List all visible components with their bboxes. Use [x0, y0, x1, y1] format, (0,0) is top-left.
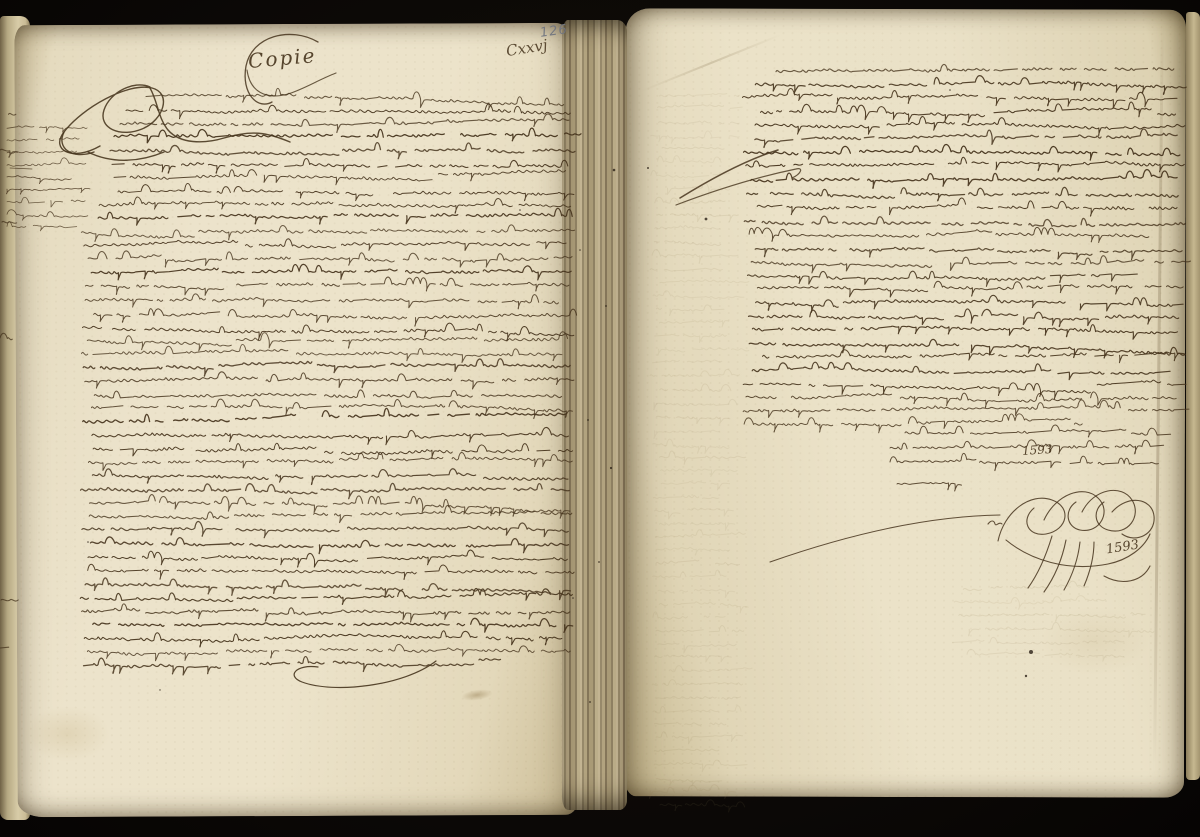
left-page [14, 23, 579, 817]
right-page [624, 8, 1186, 797]
page-stack-gutter [562, 20, 627, 810]
handwriting-line [660, 800, 745, 812]
manuscript-photo: Copie 126 Cxxvj 1593 1593 [0, 0, 1200, 837]
underlying-page-edge-right [1186, 12, 1200, 780]
